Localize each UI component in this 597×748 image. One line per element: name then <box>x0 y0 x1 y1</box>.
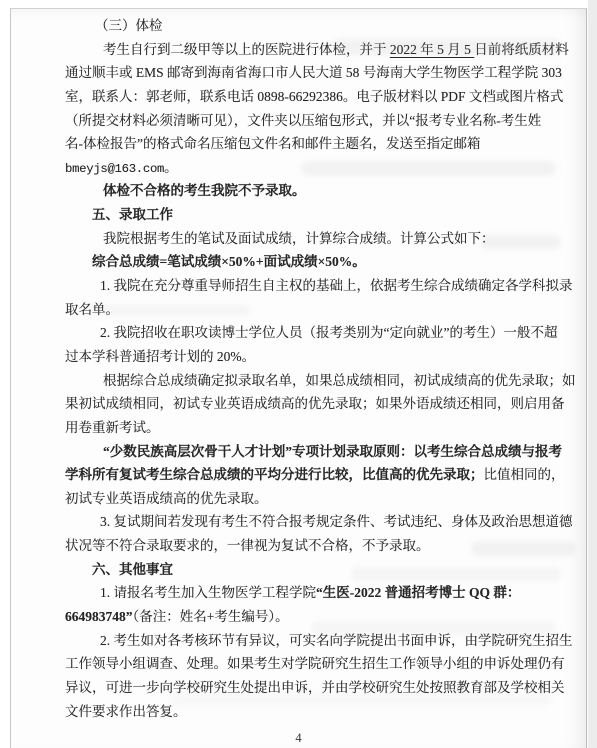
text-run: 学科所有复试考生综合总成绩的平均分进行比较，比值高的优先录取； <box>65 467 484 482</box>
scanned-page: （三）体检考生自行到二级甲等以上的医院进行体检，并于 2022 年 5 月 5 … <box>10 8 587 748</box>
text-run: 工作领导小组调查、处理。如果考生对学院研究生招生工作领导小组的申诉处理仍有 <box>65 656 565 671</box>
paragraph-body: “少数民族高层次骨干人才计划”专项计划录取原则：以考生综合总成绩与报考学科所有复… <box>65 440 577 511</box>
text-line: 名-体检报告”的格式命名压缩包文件名和邮件主题名，发送至指定邮箱 <box>65 132 577 156</box>
text-run: 我院根据考生的笔试及面试成绩，计算综合成绩。计算公式如下： <box>103 231 495 246</box>
text-line: 我院根据考生的笔试及面试成绩，计算综合成绩。计算公式如下： <box>65 227 577 251</box>
text-run: 五、录取工作 <box>92 207 173 222</box>
text-line: 1. 请报名考生加入生物医学工程学院“生医-2022 普通招考博士 QQ 群： <box>65 581 577 605</box>
email-address: bmeyjs@163.com <box>65 162 164 176</box>
text-line: 初试专业英语成绩高的优先录取。 <box>65 487 577 511</box>
paragraph-section: 五、录取工作 <box>65 203 577 227</box>
text-run: “少数民族高层次骨干人才计划”专项计划录取原则：以考生综合总成绩与报考 <box>103 444 562 459</box>
paragraph-sub: （三）体检 <box>65 14 577 38</box>
text-run: 名-体检报告”的格式命名压缩包文件名和邮件主题名，发送至指定邮箱 <box>65 136 481 151</box>
paragraph-section: 六、其他事宜 <box>65 558 577 582</box>
text-run: 2. 考生如对各考核环节有异议，可实名向学院提出书面申诉，由学院研究生招生 <box>100 633 573 648</box>
text-line: 学科所有复试考生综合总成绩的平均分进行比较，比值高的优先录取；比值相同的， <box>65 463 577 487</box>
text-run: 考生自行到二级甲等以上的医院进行体检，并于 <box>103 42 390 57</box>
text-line: 综合总成绩=笔试成绩×50%+面试成绩×50%。 <box>65 250 577 274</box>
text-run: 根据综合总成绩确定拟录取名单，如果总成绩相同，初试成绩高的优先录取；如 <box>103 373 576 388</box>
text-line: 果初试成绩相同，初试专业英语成绩高的优先录取；如果外语成绩还相同，则启用备 <box>65 392 577 416</box>
text-run: （所提交材料必须清晰可见），文件夹以压缩包形式，并以“报考专业名称-考生姓 <box>65 113 541 128</box>
paragraph-numbered: 1. 我院在充分尊重导师招生自主权的基础上，依据考生综合成绩确定各学科拟录取名单… <box>65 274 577 321</box>
text-run: 果初试成绩相同，初试专业英语成绩高的优先录取；如果外语成绩还相同，则启用备 <box>65 396 565 411</box>
text-line: 1. 我院在充分尊重导师招生自主权的基础上，依据考生综合成绩确定各学科拟录 <box>65 274 577 298</box>
text-line: bmeyjs@163.com。 <box>65 156 577 180</box>
text-run: 综合总成绩=笔试成绩×50%+面试成绩×50%。 <box>92 254 366 269</box>
text-line: 六、其他事宜 <box>65 558 577 582</box>
text-line: 异议，可进一步向学校研究生处提出申诉，并由学校研究生处按照教育部及学校相关 <box>65 676 577 700</box>
text-line: 2. 我院招收在职攻读博士学位人员（报考类别为“定向就业”的考生）一般不超 <box>65 321 577 345</box>
text-run: （备注：姓名+考生编号）。 <box>133 609 289 624</box>
text-line: 2. 考生如对各考核环节有异议，可实名向学院提出书面申诉，由学院研究生招生 <box>65 629 577 653</box>
text-line: 五、录取工作 <box>65 203 577 227</box>
text-line: 3. 复试期间若发现有考生不符合报考规定条件、考试违纪、身体及政治思想道德 <box>65 510 577 534</box>
text-run: 文件要求作出答复。 <box>65 704 187 719</box>
paragraph-numbered: 2. 考生如对各考核环节有异议，可实名向学院提出书面申诉，由学院研究生招生工作领… <box>65 629 577 724</box>
text-line: 工作领导小组调查、处理。如果考生对学院研究生招生工作领导小组的申诉处理仍有 <box>65 652 577 676</box>
text-run: 比值相同的， <box>484 467 565 482</box>
text-line: 通过顺丰或 EMS 邮寄到海南省海口市人民大道 58 号海南大学生物医学工程学院… <box>65 61 577 85</box>
text-run: 。 <box>164 160 178 175</box>
text-line: 状况等不符合录取要求的，一律视为复试不合格，不予录取。 <box>65 534 577 558</box>
text-line: 664983748”（备注：姓名+考生编号）。 <box>65 605 577 629</box>
scan-edge-right <box>588 0 597 748</box>
text-run: 1. 我院在充分尊重导师招生自主权的基础上，依据考生综合成绩确定各学科拟录 <box>100 278 573 293</box>
text-line: （所提交材料必须清晰可见），文件夹以压缩包形式，并以“报考专业名称-考生姓 <box>65 109 577 133</box>
text-run: 过本学科普通招考计划的 20%。 <box>65 349 255 364</box>
text-line: 体检不合格的考生我院不予录取。 <box>65 179 577 203</box>
text-line: （三）体检 <box>65 14 577 38</box>
text-run: 取名单。 <box>65 302 119 317</box>
paragraph-body: 考生自行到二级甲等以上的医院进行体检，并于 2022 年 5 月 5 日前将纸质… <box>65 38 577 180</box>
text-line: 文件要求作出答复。 <box>65 700 577 724</box>
paragraph-note: 体检不合格的考生我院不予录取。 <box>65 179 577 203</box>
text-run: 3. 复试期间若发现有考生不符合报考规定条件、考试违纪、身体及政治思想道德 <box>100 514 573 529</box>
paragraph-body: 我院根据考生的笔试及面试成绩，计算综合成绩。计算公式如下： <box>65 227 577 251</box>
text-run: 室，联系人：郭老师，联系电话 0898-66292386。电子版材料以 PDF … <box>65 89 563 104</box>
text-line: 取名单。 <box>65 298 577 322</box>
text-line: 考生自行到二级甲等以上的医院进行体检，并于 2022 年 5 月 5 日前将纸质… <box>65 38 577 62</box>
text-run: 用卷重新考试。 <box>65 420 160 435</box>
page-number: 4 <box>11 730 586 746</box>
paragraph-body: 根据综合总成绩确定拟录取名单，如果总成绩相同，初试成绩高的优先录取；如果初试成绩… <box>65 369 577 440</box>
paragraph-numbered: 3. 复试期间若发现有考生不符合报考规定条件、考试违纪、身体及政治思想道德状况等… <box>65 510 577 557</box>
text-line: 根据综合总成绩确定拟录取名单，如果总成绩相同，初试成绩高的优先录取；如 <box>65 369 577 393</box>
text-run: （三）体检 <box>95 18 163 33</box>
text-line: 用卷重新考试。 <box>65 416 577 440</box>
text-line: 过本学科普通招考计划的 20%。 <box>65 345 577 369</box>
paragraph-numbered: 1. 请报名考生加入生物医学工程学院“生医-2022 普通招考博士 QQ 群：6… <box>65 581 577 628</box>
text-run: 状况等不符合录取要求的，一律视为复试不合格，不予录取。 <box>65 538 430 553</box>
text-run: 通过顺丰或 EMS 邮寄到海南省海口市人民大道 58 号海南大学生物医学工程学院… <box>65 65 562 80</box>
text-run: 日前将纸质材料 <box>474 42 569 57</box>
document-flow: （三）体检考生自行到二级甲等以上的医院进行体检，并于 2022 年 5 月 5 … <box>65 14 577 723</box>
text-run: 664983748” <box>65 609 133 624</box>
text-run: “生医-2022 普通招考博士 QQ 群： <box>316 585 520 600</box>
paragraph-numbered: 2. 我院招收在职攻读博士学位人员（报考类别为“定向就业”的考生）一般不超过本学… <box>65 321 577 368</box>
deadline-date: 2022 年 5 月 5 <box>390 42 474 57</box>
text-run: 体检不合格的考生我院不予录取。 <box>103 183 306 198</box>
text-run: 1. 请报名考生加入生物医学工程学院 <box>100 585 316 600</box>
text-run: 异议，可进一步向学校研究生处提出申诉，并由学校研究生处按照教育部及学校相关 <box>65 680 565 695</box>
text-run: 2. 我院招收在职攻读博士学位人员（报考类别为“定向就业”的考生）一般不超 <box>100 325 557 340</box>
text-run: 六、其他事宜 <box>92 562 173 577</box>
text-line: “少数民族高层次骨干人才计划”专项计划录取原则：以考生综合总成绩与报考 <box>65 440 577 464</box>
text-run: 初试专业英语成绩高的优先录取。 <box>65 491 268 506</box>
text-line: 室，联系人：郭老师，联系电话 0898-66292386。电子版材料以 PDF … <box>65 85 577 109</box>
paragraph-formula: 综合总成绩=笔试成绩×50%+面试成绩×50%。 <box>65 250 577 274</box>
